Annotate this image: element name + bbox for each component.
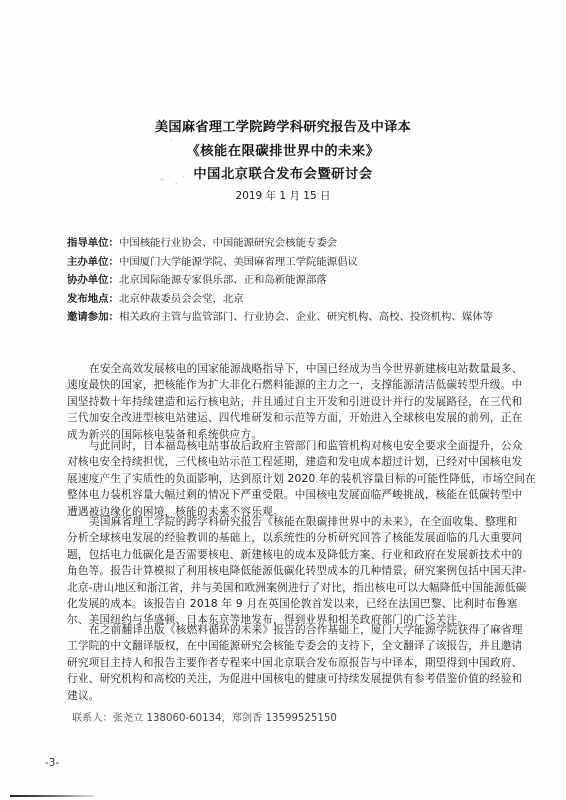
paragraph-line: 在安全高效发展核电的国家能源战略指导下，中国已经成为当今世界新建核电站数量最多、	[67, 361, 497, 377]
body-paragraph: 与此同时，日本福岛核电站事故后政府主管部门和监管机构对核电安全要求全面提升，公众…	[67, 438, 497, 520]
info-row-invitees: 邀请参加：相关政府主管与监管部门、行业协会、企业、研究机构、高校、投资机构、媒体…	[67, 308, 507, 327]
scan-speckle	[175, 182, 178, 184]
paragraph-line: 工学院的中文翻译版权，在中国能源研究会核能专委会的支持下，全文翻译了该报告，并且…	[67, 638, 497, 654]
paragraph-line: 北京-唐山地区和浙江省，并与美国和欧洲案例进行了对比，指出核电可以大幅降低中国能…	[67, 580, 497, 596]
paragraph-line: 研究项目主持人和报告主要作者专程来中国北京联合发布原报告与中译本，期望得到中国政…	[67, 655, 497, 671]
paragraph-line: 整体电力装机容量大幅过剩的情况下严重受限。中国核电发展面临严峻挑战，核能在低碳转…	[67, 487, 497, 503]
info-value: 相关政府主管与监管部门、行业协会、企业、研究机构、高校、投资机构、媒体等	[119, 311, 493, 323]
page-number: -3-	[45, 757, 59, 769]
paragraph-line: 化发展的成本。该报告自 2018 年 9 月在英国伦敦首发以来，已经在法国巴黎、…	[67, 596, 497, 612]
paragraph-line: 角色等。报告计算模拟了利用核电降低能源低碳化转型成本的几种情景，研究案例包括中国…	[67, 563, 497, 579]
event-info-list: 指导单位：中国核能行业协会、中国能源研究会核能专委会 主办单位：中国厦门大学能源…	[67, 234, 507, 327]
paragraph-line: 在之前翻译出版《核燃料循环的未来》报告的合作基础上，厦门大学能源学院获得了麻省理	[67, 622, 497, 638]
contact-info: 联系人：张尧立 138060-60134，郑剑香 13599525150	[72, 709, 337, 724]
info-row-host-unit: 主办单位：中国厦门大学能源学院、美国麻省理工学院能源倡议	[67, 253, 507, 272]
info-row-co-host-unit: 协办单位：北京国际能源专家俱乐部、正和岛新能源部落	[67, 271, 507, 290]
info-label: 协办单位：	[67, 274, 119, 286]
footer-rule	[10, 795, 94, 797]
document-date: 2019 年 1 月 15 日	[0, 188, 566, 203]
body-paragraph: 在安全高效发展核电的国家能源战略指导下，中国已经成为当今世界新建核电站数量最多、…	[67, 361, 497, 443]
info-value: 中国核能行业协会、中国能源研究会核能专委会	[119, 237, 337, 249]
info-row-venue: 发布地点：北京仲裁委员会会堂，北京	[67, 290, 507, 309]
paragraph-line: 行业、研究机构和高校的关注，为促进中国核电的健康可持续发展提供有参考借鉴价值的经…	[67, 671, 497, 687]
paragraph-line: 与此同时，日本福岛核电站事故后政府主管部门和监管机构对核电安全要求全面提升，公众	[67, 438, 497, 454]
paragraph-line: 对核电安全持续担忧，三代核电站示范工程延期，建造和发电成本超过计划，已经对中国核…	[67, 454, 497, 470]
paragraph-line: 题，包括电力低碳化是否需要核电、新建核电的成本及降低方案、行业和政府在发展新技术…	[67, 547, 497, 563]
body-paragraph: 美国麻省理工学院的跨学科研究报告《核能在限碳排世界中的未来》，在全面收集、整理和…	[67, 514, 497, 629]
paragraph-line: 展速度产生了实质性的负面影响，达到原计划 2020 年的装机容量目标的可能性降低…	[67, 471, 497, 487]
info-row-guiding-unit: 指导单位：中国核能行业协会、中国能源研究会核能专委会	[67, 234, 507, 253]
paragraph-line: 分析全球核电发展的经验教训的基础上，以系统性的分析研究回答了核能发展面临的几大重…	[67, 530, 497, 546]
info-label: 主办单位：	[67, 256, 119, 268]
paragraph-line: 国坚持数十年持续建造和运行核电站，并且通过自主开发和引进设计并行的发展路径，在三…	[67, 394, 497, 410]
info-value: 中国厦门大学能源学院、美国麻省理工学院能源倡议	[119, 256, 358, 268]
info-label: 发布地点：	[67, 293, 119, 305]
paragraph-line: 速度最快的国家，把核能作为扩大非化石燃料能源的主力之一，支撑能源清洁低碳转型升级…	[67, 377, 497, 393]
paragraph-line: 美国麻省理工学院的跨学科研究报告《核能在限碳排世界中的未来》，在全面收集、整理和	[67, 514, 497, 530]
body-paragraph: 在之前翻译出版《核燃料循环的未来》报告的合作基础上，厦门大学能源学院获得了麻省理…	[67, 622, 497, 704]
document-title-line1: 美国麻省理工学院跨学科研究报告及中译本	[0, 116, 566, 135]
paragraph-line: 三代加安全改进型核电站建运、四代堆研发和示范等方面，开始进入全球核电发展的前列，…	[67, 410, 497, 426]
info-value: 北京仲裁委员会会堂，北京	[119, 293, 244, 305]
info-value: 北京国际能源专家俱乐部、正和岛新能源部落	[119, 274, 327, 286]
info-label: 邀请参加：	[67, 311, 119, 323]
info-label: 指导单位：	[67, 237, 119, 249]
document-page: 美国麻省理工学院跨学科研究报告及中译本 《核能在限碳排世界中的未来》 中国北京联…	[0, 0, 566, 800]
document-title-line3: 中国北京联合发布会暨研讨会	[0, 163, 566, 182]
paragraph-line: 建议。	[67, 688, 497, 704]
document-title-line2: 《核能在限碳排世界中的未来》	[0, 140, 566, 159]
